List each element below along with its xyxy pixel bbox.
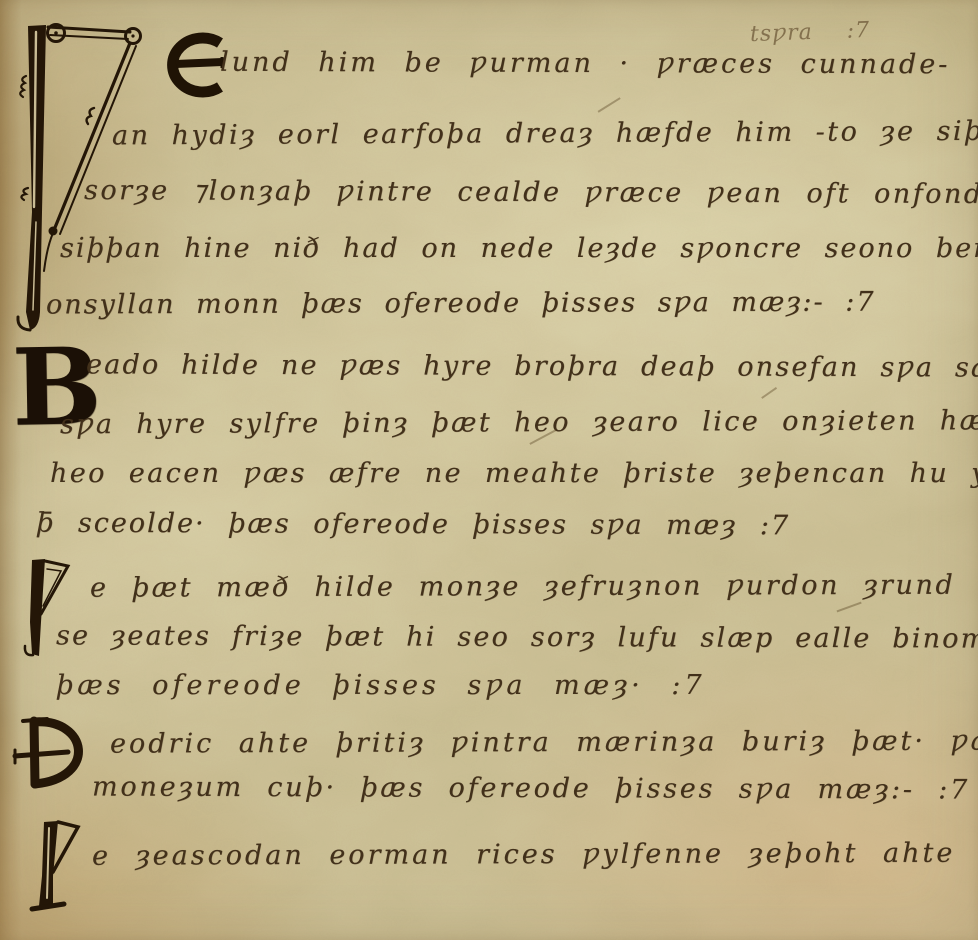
- stray-pen-mark: [837, 602, 862, 612]
- initial-wynn-bottom: [22, 818, 86, 922]
- text-line-1: lund him be ƿurman · ƿræces cunnade-: [220, 46, 950, 83]
- wynn-bottom-drawing: [22, 818, 86, 918]
- text-line-2: an hydiȝ eorl earfoþa dreaȝ hæfde him -t…: [112, 115, 978, 154]
- marginal-word: tsƿra: [750, 20, 814, 47]
- uncial-initial-e: [146, 30, 228, 104]
- e-initial-drawing: [146, 30, 228, 100]
- text-line-11: se ȝeates friȝe þæt hi seo sorȝ lufu slæ…: [56, 619, 978, 656]
- text-line-13: eodric ahte þritiȝ ƿintra mærinȝa buriȝ …: [110, 724, 978, 761]
- text-line-14-refrain: moneȝum cuþ· þæs ofereode þisses sƿa mæȝ…: [92, 770, 970, 807]
- initial-eth: [8, 712, 100, 798]
- text-line-10: e þæt mæð hilde monȝe ȝefruȝnon ƿurdon ȝ…: [90, 568, 978, 605]
- text-line-5-refrain: onsyllan monn þæs ofereode þisses sƿa mæ…: [46, 286, 876, 323]
- stray-pen-mark: [761, 387, 777, 399]
- text-line-3: sorȝe ⁊lonȝaþ ƿintre cealde ƿræce ƿean o…: [84, 174, 978, 212]
- marginal-previous-text-ending: tsƿra:7: [749, 14, 870, 52]
- text-line-4: siþþan hine nið had on nede leȝde sƿoncr…: [60, 232, 978, 266]
- text-line-15: e ȝeascodan eorman rices ƿylfenne ȝeþoht…: [92, 836, 978, 873]
- manuscript-page: tsƿra:7: [0, 0, 978, 940]
- text-line-7: sƿa hyre sylfre þinȝ þæt heo ȝearo lice …: [60, 404, 978, 442]
- marginal-gap: [813, 38, 847, 39]
- text-line-6: eado hilde ne ƿæs hyre broþra deaþ onsef…: [86, 348, 978, 385]
- text-line-9-refrain: þ̄ sceolde· þæs ofereode þisses sƿa mæȝ …: [36, 507, 790, 544]
- eth-initial-drawing: [8, 712, 100, 794]
- text-line-12-refrain: þæs ofereode þisses sƿa mæȝ· :7: [56, 669, 706, 703]
- text-line-8: heo eacen ƿæs æfre ne meahte þriste ȝeþe…: [50, 457, 978, 491]
- end-of-poem-mark: :7: [846, 18, 870, 44]
- stray-pen-mark: [598, 97, 621, 112]
